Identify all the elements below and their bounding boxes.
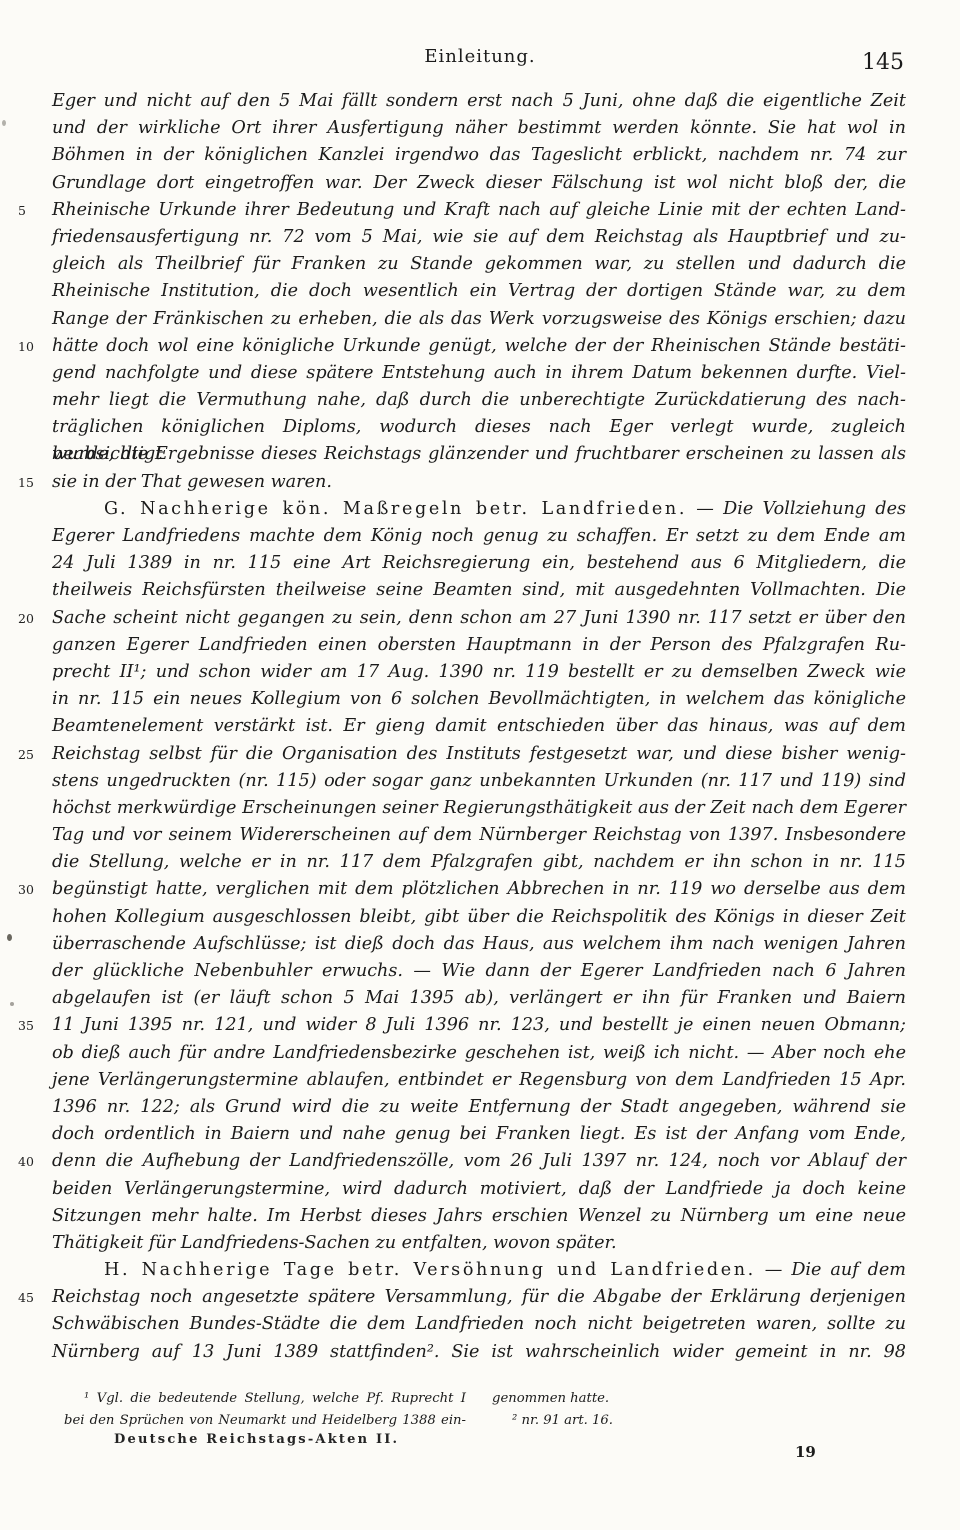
- scan-speck: [2, 120, 6, 126]
- footnote-line: bei den Sprüchen von Neumarkt und Heidel…: [64, 1410, 466, 1432]
- line-text: Reichstag selbst für die Organisation de…: [52, 744, 906, 764]
- text-line: 15sie in der That gewesen waren.: [52, 469, 906, 496]
- line-text: wurde, die Ergebnisse dieses Reichstags …: [52, 444, 906, 464]
- line-text: Rheinische Urkunde ihrer Bedeutung und K…: [52, 200, 906, 220]
- line-text: Sitzungen mehr halte. Im Herbst dieses J…: [52, 1206, 906, 1226]
- line-text: hätte doch wol eine königliche Urkunde g…: [52, 336, 906, 356]
- text-line: Range der Fränkischen zu erheben, die al…: [52, 306, 906, 333]
- line-number: 40: [18, 1148, 34, 1175]
- line-text: ganzen Egerer Landfrieden einen obersten…: [52, 635, 906, 655]
- text-line: Beamtenelement verstärkt ist. Er gieng d…: [52, 713, 906, 740]
- footnote-column-left: ¹ Vgl. die bedeutende Stellung, welche P…: [64, 1388, 466, 1431]
- text-line: Grundlage dort eingetroffen war. Der Zwe…: [52, 170, 906, 197]
- text-line: in nr. 115 ein neues Kollegium von 6 sol…: [52, 686, 906, 713]
- book-page: Einleitung. 145 Eger und nicht auf den 5…: [0, 0, 960, 1530]
- text-line: überraschende Aufschlüsse; ist dieß doch…: [52, 931, 906, 958]
- sheet-number: 19: [795, 1443, 816, 1461]
- line-text: und der wirkliche Ort ihrer Ausfertigung…: [52, 118, 906, 138]
- text-line: 10hätte doch wol eine königliche Urkunde…: [52, 333, 906, 360]
- line-text: gleich als Theilbrief für Franken zu Sta…: [52, 254, 906, 274]
- line-number: 30: [18, 876, 34, 903]
- line-number: 10: [18, 333, 34, 360]
- footnote-line: ² nr. 91 art. 16.: [492, 1410, 862, 1432]
- text-line: H. Nachherige Tage betr. Versöhnung und …: [52, 1257, 906, 1284]
- section-heading: G. Nachherige kön. Maßregeln betr. Landf…: [104, 499, 687, 519]
- text-line: mehr liegt die Vermuthung nahe, daß durc…: [52, 387, 906, 414]
- text-line: wurde, die Ergebnisse dieses Reichstags …: [52, 441, 906, 468]
- text-line: 40denn die Aufhebung der Landfriedenszöl…: [52, 1148, 906, 1175]
- line-text: die Stellung, welche er in nr. 117 dem P…: [52, 852, 906, 872]
- line-text: Grundlage dort eingetroffen war. Der Zwe…: [52, 173, 906, 193]
- text-line: jene Verlängerungstermine ablaufen, entb…: [52, 1067, 906, 1094]
- line-text: begünstigt hatte, verglichen mit dem plö…: [52, 879, 906, 899]
- text-line: doch ordentlich in Baiern und nahe genug…: [52, 1121, 906, 1148]
- line-text: friedensausfertigung nr. 72 vom 5 Mai, w…: [52, 227, 906, 247]
- line-text: stens ungedruckten (nr. 115) oder sogar …: [52, 771, 906, 791]
- line-number: 5: [18, 197, 26, 224]
- line-text: Schwäbischen Bundes-Städte die dem Landf…: [52, 1314, 906, 1334]
- line-text: jene Verlängerungstermine ablaufen, entb…: [52, 1070, 906, 1090]
- text-line: 1396 nr. 122; als Grund wird die zu weit…: [52, 1094, 906, 1121]
- running-title: Einleitung.: [0, 46, 960, 67]
- line-text: höchst merkwürdige Erscheinungen seiner …: [52, 798, 906, 818]
- text-line: ob dieß auch für andre Landfriedensbezir…: [52, 1040, 906, 1067]
- line-number: 35: [18, 1012, 34, 1039]
- line-text: gend nachfolgte und diese spätere Entste…: [52, 363, 906, 383]
- text-line: ganzen Egerer Landfrieden einen obersten…: [52, 632, 906, 659]
- line-text: Reichstag noch angesetzte spätere Versam…: [52, 1287, 906, 1307]
- section-heading: H. Nachherige Tage betr. Versöhnung und …: [104, 1260, 756, 1280]
- line-text: Böhmen in der königlichen Kanzlei irgend…: [52, 145, 906, 165]
- line-text: Range der Fränkischen zu erheben, die al…: [52, 309, 906, 329]
- text-line: 24 Juli 1389 in nr. 115 eine Art Reichsr…: [52, 550, 906, 577]
- line-text: Rheinische Institution, die doch wesentl…: [52, 281, 906, 301]
- text-line: Rheinische Institution, die doch wesentl…: [52, 278, 906, 305]
- line-text: 24 Juli 1389 in nr. 115 eine Art Reichsr…: [52, 553, 906, 573]
- line-text: Eger und nicht auf den 5 Mai fällt sonde…: [52, 91, 906, 111]
- line-text: mehr liegt die Vermuthung nahe, daß durc…: [52, 390, 906, 410]
- scan-speck: [7, 934, 12, 941]
- line-text: precht II¹; und schon wider am 17 Aug. 1…: [52, 662, 906, 682]
- line-text: sie in der That gewesen waren.: [52, 472, 332, 492]
- line-number: 45: [18, 1284, 34, 1311]
- line-text: hohen Kollegium ausgeschlossen bleibt, g…: [52, 907, 906, 927]
- footnote-line: genommen hatte.: [492, 1388, 862, 1410]
- line-text: Sache scheint nicht gegangen zu sein, de…: [52, 608, 906, 628]
- text-line: 5Rheinische Urkunde ihrer Bedeutung und …: [52, 197, 906, 224]
- series-signature: Deutsche Reichstags-Akten II.: [114, 1432, 399, 1447]
- page-number: 145: [862, 50, 904, 75]
- text-line: höchst merkwürdige Erscheinungen seiner …: [52, 795, 906, 822]
- text-line: precht II¹; und schon wider am 17 Aug. 1…: [52, 659, 906, 686]
- line-text: abgelaufen ist (er läuft schon 5 Mai 139…: [52, 988, 906, 1008]
- line-text: Tag und vor seinem Widererscheinen auf d…: [52, 825, 906, 845]
- line-text: Egerer Landfriedens machte dem König noc…: [52, 526, 906, 546]
- text-line: gleich als Theilbrief für Franken zu Sta…: [52, 251, 906, 278]
- text-line: 20Sache scheint nicht gegangen zu sein, …: [52, 605, 906, 632]
- text-line: beiden Verlängerungstermine, wird dadurc…: [52, 1176, 906, 1203]
- line-text: doch ordentlich in Baiern und nahe genug…: [52, 1124, 906, 1144]
- footnote-line: ¹ Vgl. die bedeutende Stellung, welche P…: [64, 1388, 466, 1410]
- text-line: träglichen königlichen Diploms, wodurch …: [52, 414, 906, 441]
- text-line: G. Nachherige kön. Maßregeln betr. Landf…: [52, 496, 906, 523]
- line-text: — Die Vollziehung des: [687, 499, 906, 519]
- line-text: überraschende Aufschlüsse; ist dieß doch…: [52, 934, 906, 954]
- text-line: Böhmen in der königlichen Kanzlei irgend…: [52, 142, 906, 169]
- line-text: denn die Aufhebung der Landfriedenszölle…: [52, 1151, 906, 1171]
- line-text: — Die auf dem: [756, 1260, 906, 1280]
- text-line: theilweis Reichsfürsten theilweise seine…: [52, 577, 906, 604]
- text-line: Sitzungen mehr halte. Im Herbst dieses J…: [52, 1203, 906, 1230]
- text-line: Egerer Landfriedens machte dem König noc…: [52, 523, 906, 550]
- line-text: in nr. 115 ein neues Kollegium von 6 sol…: [52, 689, 906, 709]
- line-text: der glückliche Nebenbuhler erwuchs. — Wi…: [52, 961, 906, 981]
- text-line: 25Reichstag selbst für die Organisation …: [52, 741, 906, 768]
- line-text: 11 Juni 1395 nr. 121, und wider 8 Juli 1…: [52, 1015, 906, 1035]
- line-text: theilweis Reichsfürsten theilweise seine…: [52, 580, 906, 600]
- text-line: Thätigkeit für Landfriedens-Sachen zu en…: [52, 1230, 906, 1257]
- text-line: die Stellung, welche er in nr. 117 dem P…: [52, 849, 906, 876]
- line-number: 20: [18, 605, 34, 632]
- line-text: Beamtenelement verstärkt ist. Er gieng d…: [52, 716, 906, 736]
- text-line: 30begünstigt hatte, verglichen mit dem p…: [52, 876, 906, 903]
- line-text: Nürnberg auf 13 Juni 1389 stattfinden². …: [52, 1342, 906, 1362]
- text-line: 3511 Juni 1395 nr. 121, und wider 8 Juli…: [52, 1012, 906, 1039]
- text-line: 45Reichstag noch angesetzte spätere Vers…: [52, 1284, 906, 1311]
- line-number: 25: [18, 741, 34, 768]
- text-line: und der wirkliche Ort ihrer Ausfertigung…: [52, 115, 906, 142]
- line-text: ob dieß auch für andre Landfriedensbezir…: [52, 1043, 906, 1063]
- text-line: Nürnberg auf 13 Juni 1389 stattfinden². …: [52, 1339, 906, 1366]
- text-line: der glückliche Nebenbuhler erwuchs. — Wi…: [52, 958, 906, 985]
- line-text: 1396 nr. 122; als Grund wird die zu weit…: [52, 1097, 906, 1117]
- text-block: Eger und nicht auf den 5 Mai fällt sonde…: [52, 88, 906, 1366]
- text-line: Eger und nicht auf den 5 Mai fällt sonde…: [52, 88, 906, 115]
- scan-speck: [10, 1002, 14, 1006]
- text-line: hohen Kollegium ausgeschlossen bleibt, g…: [52, 904, 906, 931]
- text-line: abgelaufen ist (er läuft schon 5 Mai 139…: [52, 985, 906, 1012]
- text-line: gend nachfolgte und diese spätere Entste…: [52, 360, 906, 387]
- footnote-column-right: genommen hatte.² nr. 91 art. 16.: [492, 1388, 862, 1431]
- line-text: Thätigkeit für Landfriedens-Sachen zu en…: [52, 1233, 617, 1253]
- line-number: 15: [18, 469, 34, 496]
- text-line: friedensausfertigung nr. 72 vom 5 Mai, w…: [52, 224, 906, 251]
- line-text: beiden Verlängerungstermine, wird dadurc…: [52, 1179, 906, 1199]
- text-line: Tag und vor seinem Widererscheinen auf d…: [52, 822, 906, 849]
- text-line: Schwäbischen Bundes-Städte die dem Landf…: [52, 1311, 906, 1338]
- text-line: stens ungedruckten (nr. 115) oder sogar …: [52, 768, 906, 795]
